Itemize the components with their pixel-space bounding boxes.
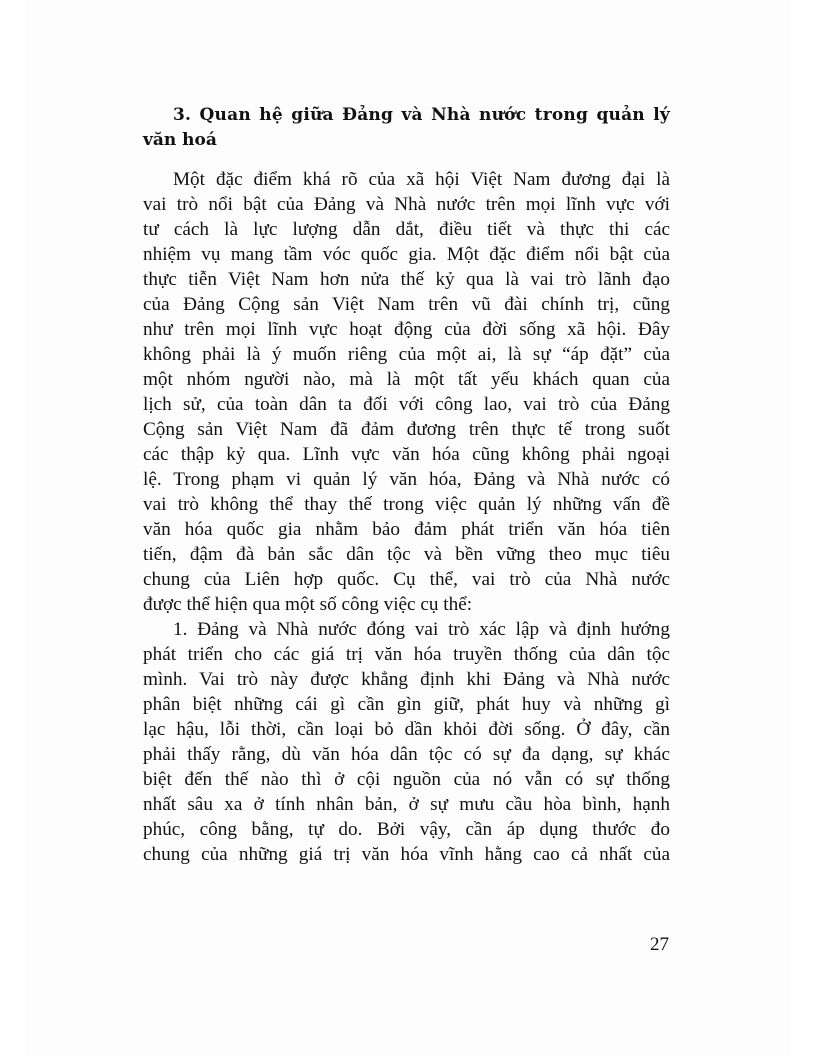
text-line: của Đảng Cộng sản Việt Nam trên vũ đài c… — [143, 292, 670, 317]
paragraph-2: 1. Đảng và Nhà nước đóng vai trò xác lập… — [143, 617, 670, 867]
text-line: vai trò không thể thay thế trong việc qu… — [143, 492, 670, 517]
text-line: một nhóm người nào, mà là một tất yếu kh… — [143, 367, 670, 392]
section-heading-line-2: văn hoá — [143, 128, 670, 153]
text-line: được thể hiện qua một số công việc cụ th… — [143, 592, 670, 617]
text-line: như trên mọi lĩnh vực hoạt động của đời … — [143, 317, 670, 342]
text-line: các thập kỷ qua. Lĩnh vực văn hóa cũng k… — [143, 442, 670, 467]
text-line: chung của Liên hợp quốc. Cụ thể, vai trò… — [143, 567, 670, 592]
text-line: vai trò nổi bật của Đảng và Nhà nước trê… — [143, 192, 670, 217]
paragraph-1: Một đặc điểm khá rõ của xã hội Việt Nam … — [143, 167, 670, 617]
text-line: 1. Đảng và Nhà nước đóng vai trò xác lập… — [143, 617, 670, 642]
section-heading-line-1: 3. Quan hệ giữa Đảng và Nhà nước trong q… — [143, 103, 670, 128]
text-line: lệ. Trong phạm vi quản lý văn hóa, Đảng … — [143, 467, 670, 492]
text-line: tư cách là lực lượng dẫn dắt, điều tiết … — [143, 217, 670, 242]
text-line: lịch sử, của toàn dân ta đối với công la… — [143, 392, 670, 417]
text-line: mình. Vai trò này được khẳng định khi Đả… — [143, 667, 670, 692]
text-line: văn hóa quốc gia nhằm bảo đảm phát triển… — [143, 517, 670, 542]
text-line: Một đặc điểm khá rõ của xã hội Việt Nam … — [143, 167, 670, 192]
body-text: Một đặc điểm khá rõ của xã hội Việt Nam … — [143, 167, 670, 867]
text-line: tiến, đậm đà bản sắc dân tộc và bền vững… — [143, 542, 670, 567]
text-line: phát triển cho các giá trị văn hóa truyề… — [143, 642, 670, 667]
text-line: phúc, công bằng, tự do. Bởi vậy, cần áp … — [143, 817, 670, 842]
page-number: 27 — [650, 934, 669, 956]
text-line: biệt đến thế nào thì ở cội nguồn của nó … — [143, 767, 670, 792]
text-line: nhất sâu xa ở tính nhân bản, ở sự mưu cầ… — [143, 792, 670, 817]
section-heading: 3. Quan hệ giữa Đảng và Nhà nước trong q… — [143, 103, 670, 153]
text-line: nhiệm vụ mang tầm vóc quốc gia. Một đặc … — [143, 242, 670, 267]
text-line: phân biệt những cái gì cần gìn giữ, phát… — [143, 692, 670, 717]
text-line: phải thấy rằng, dù văn hóa dân tộc có sự… — [143, 742, 670, 767]
text-line: thực tiễn Việt Nam hơn nửa thế kỷ qua là… — [143, 267, 670, 292]
text-line: Cộng sản Việt Nam đã đảm đương trên thực… — [143, 417, 670, 442]
text-line: lạc hậu, lỗi thời, cần loại bỏ dần khỏi … — [143, 717, 670, 742]
text-line: chung của những giá trị văn hóa vĩnh hằn… — [143, 842, 670, 867]
text-line: không phải là ý muốn riêng của một ai, l… — [143, 342, 670, 367]
